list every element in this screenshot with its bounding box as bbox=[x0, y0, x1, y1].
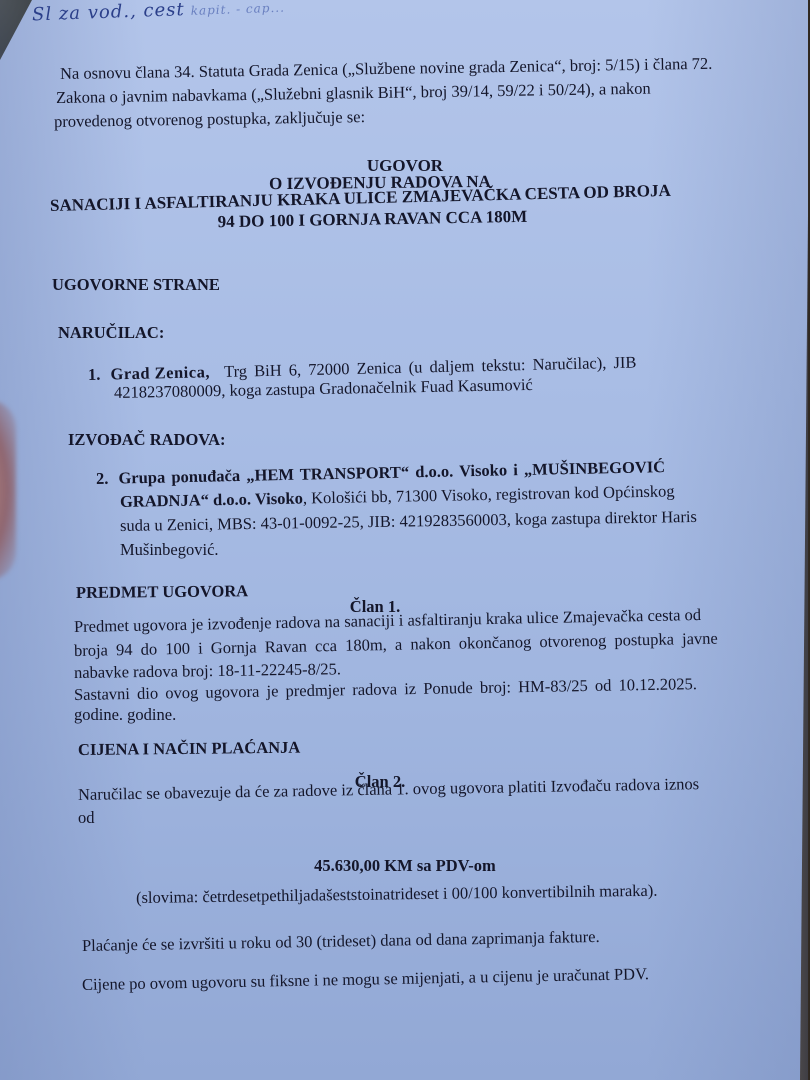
client-number: 1. bbox=[88, 365, 101, 384]
contractor-number: 2. bbox=[96, 469, 109, 488]
payment-terms: Plaćanje će se izvršiti u roku od 30 (tr… bbox=[82, 927, 600, 956]
contractor-heading: IZVOĐAČ RADOVA: bbox=[68, 430, 226, 450]
price-line-2: od bbox=[78, 808, 95, 828]
subject-line-5: godine. godine. bbox=[74, 705, 176, 725]
fixed-prices-clause: Cijene po ovom ugovoru su fiksne i ne mo… bbox=[82, 964, 649, 995]
price-in-words: (slovima: četrdesetpethiljadašeststoinat… bbox=[136, 881, 658, 908]
subject-line-3: nabavke radova broj: 18-11-22245-8/25. bbox=[74, 659, 341, 683]
preamble-line-3: provedenog otvorenog postupka, zaključuj… bbox=[54, 107, 365, 132]
contract-document: Na osnovu člana 34. Statuta Grada Zenica… bbox=[0, 0, 810, 1080]
price-heading: CIJENA I NAČIN PLAĆANJA bbox=[78, 738, 301, 760]
contractor-address: , Kološići bb, 71300 Visoko, registrovan… bbox=[303, 481, 675, 507]
contractor-name-cont: GRADNJA“ d.o.o. Visoko bbox=[120, 488, 303, 511]
parties-heading: UGOVORNE STRANE bbox=[52, 275, 220, 295]
price-amount: 45.630,00 KM sa PDV-om bbox=[0, 856, 810, 876]
contractor-line-4: Mušinbegović. bbox=[120, 540, 219, 560]
client-heading: NARUČILAC: bbox=[58, 323, 164, 343]
photo-scene: Sl za vod., cestkapit. - cap... Na osnov… bbox=[0, 0, 810, 1080]
client-name: Grad Zenica, bbox=[110, 362, 210, 383]
contractor-line-3: suda u Zenici, MBS: 43-01-0092-25, JIB: … bbox=[120, 507, 697, 536]
